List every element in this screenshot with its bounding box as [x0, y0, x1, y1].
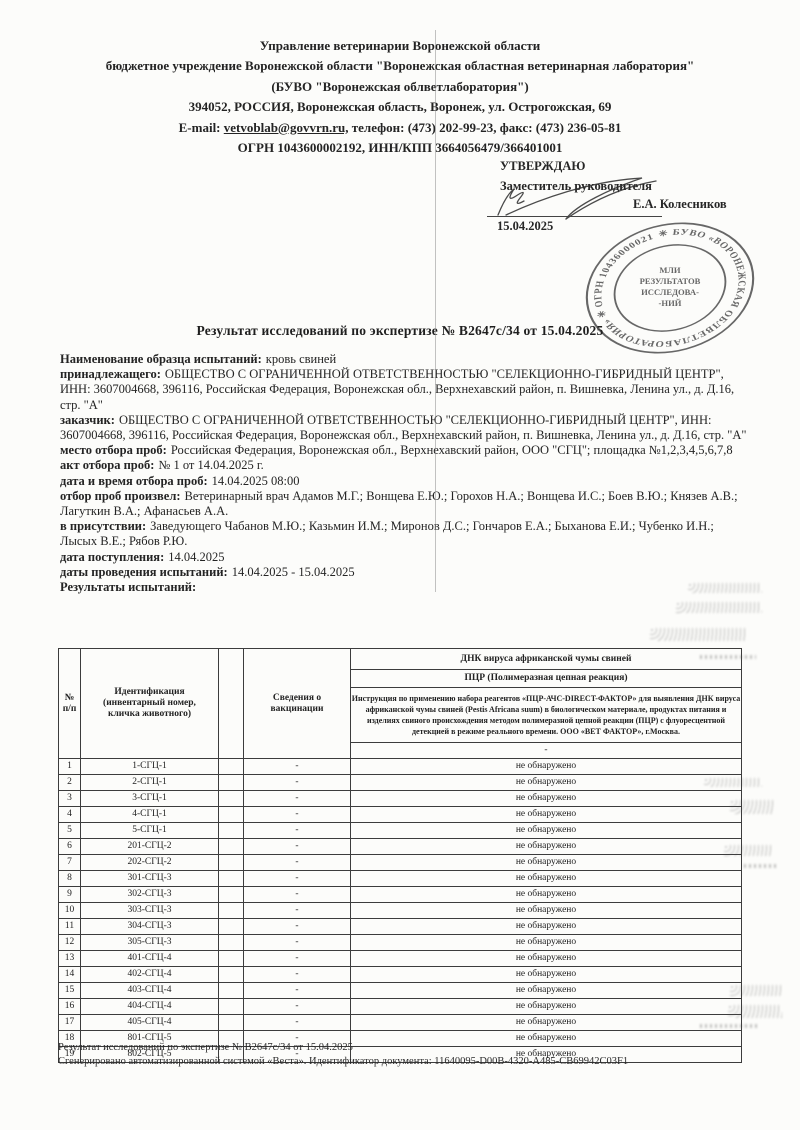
row-gap-cell — [219, 999, 244, 1015]
row-vaccination: - — [244, 1015, 351, 1031]
row-sample-id: 304-СГЦ-3 — [81, 919, 219, 935]
stamp-ring-text: ✳ БУВО «ВОРОНЕЖСКАЯ ОБЛВЕТЛАБОРАТОРИЯ» ✳… — [579, 211, 762, 365]
field-label: в присутствии: — [60, 519, 146, 533]
row-gap-cell — [219, 759, 244, 775]
row-result: не обнаружено — [351, 967, 742, 983]
row-result: не обнаружено — [351, 871, 742, 887]
result-header-method: Инструкция по применению набора реагенто… — [351, 688, 742, 743]
round-stamp: ✳ БУВО «ВОРОНЕЖСКАЯ ОБЛВЕТЛАБОРАТОРИЯ» ✳… — [548, 210, 792, 368]
row-result: не обнаружено — [351, 807, 742, 823]
org-line-institution: бюджетное учреждение Воронежской области… — [40, 56, 760, 76]
table-row: 11 304-СГЦ-3 - не обнаружено — [59, 919, 742, 935]
row-vaccination: - — [244, 951, 351, 967]
field-line: место отбора проб:Российская Федерация, … — [60, 443, 752, 458]
footer-expertise-line: Результат исследований по экспертизе № В… — [58, 1041, 758, 1055]
row-vaccination: - — [244, 967, 351, 983]
row-sample-id: 403-СГЦ-4 — [81, 983, 219, 999]
row-sample-id: 305-СГЦ-3 — [81, 935, 219, 951]
table-row: 16 404-СГЦ-4 - не обнаружено — [59, 999, 742, 1015]
table-row: 14 402-СГЦ-4 - не обнаружено — [59, 967, 742, 983]
row-number: 2 — [59, 775, 81, 791]
approval-date: 15.04.2025 — [497, 219, 553, 234]
table-row: 4 4-СГЦ-1 - не обнаружено — [59, 807, 742, 823]
col-header-identification: Идентификация (инвентарный номер, кличка… — [81, 649, 219, 759]
row-sample-id: 302-СГЦ-3 — [81, 887, 219, 903]
table-row: 2 2-СГЦ-1 - не обнаружено — [59, 775, 742, 791]
row-number: 5 — [59, 823, 81, 839]
table-row: 3 3-СГЦ-1 - не обнаружено — [59, 791, 742, 807]
org-line-ogrn-inn: ОГРН 1043600002192, ИНН/КПП 3664056479/3… — [40, 138, 760, 158]
scan-artifact — [650, 628, 746, 641]
col-header-number: № п/п — [59, 649, 81, 759]
row-vaccination: - — [244, 823, 351, 839]
field-line: отбор проб произвел:Ветеринарный врач Ад… — [60, 489, 752, 519]
field-line: в присутствии:Заведующего Чабанов М.Ю.; … — [60, 519, 752, 549]
field-line: заказчик:ОБЩЕСТВО С ОГРАНИЧЕННОЙ ОТВЕТСТ… — [60, 413, 752, 443]
row-sample-id: 202-СГЦ-2 — [81, 855, 219, 871]
row-gap-cell — [219, 935, 244, 951]
row-vaccination: - — [244, 759, 351, 775]
org-line-address: 394052, РОССИЯ, Воронежская область, Вор… — [40, 97, 760, 117]
row-sample-id: 4-СГЦ-1 — [81, 807, 219, 823]
table-row: 7 202-СГЦ-2 - не обнаружено — [59, 855, 742, 871]
row-sample-id: 1-СГЦ-1 — [81, 759, 219, 775]
row-result: не обнаружено — [351, 999, 742, 1015]
row-vaccination: - — [244, 983, 351, 999]
field-line: Результаты испытаний: — [60, 580, 752, 595]
row-number: 6 — [59, 839, 81, 855]
row-result: не обнаружено — [351, 935, 742, 951]
row-number: 15 — [59, 983, 81, 999]
row-sample-id: 405-СГЦ-4 — [81, 1015, 219, 1031]
stamp-center-line4: -НИЙ — [659, 298, 682, 308]
row-result: не обнаружено — [351, 887, 742, 903]
signature-line — [487, 216, 662, 217]
org-header: Управление ветеринарии Воронежской облас… — [40, 36, 760, 158]
row-result: не обнаружено — [351, 903, 742, 919]
field-label: место отбора проб: — [60, 443, 167, 457]
row-vaccination: - — [244, 791, 351, 807]
field-value: ОБЩЕСТВО С ОГРАНИЧЕННОЙ ОТВЕТСТВЕННОСТЬЮ… — [60, 413, 746, 442]
row-vaccination: - — [244, 903, 351, 919]
row-vaccination: - — [244, 935, 351, 951]
field-label: Наименование образца испытаний: — [60, 352, 262, 366]
row-gap-cell — [219, 791, 244, 807]
row-number: 16 — [59, 999, 81, 1015]
scan-artifact — [744, 864, 776, 868]
col-header-number-sign: № — [65, 693, 75, 703]
result-header-pcr: ПЦР (Полимеразная цепная реакция) — [351, 670, 742, 688]
scanned-document-page: Управление ветеринарии Воронежской облас… — [0, 0, 800, 1130]
row-number: 10 — [59, 903, 81, 919]
org-line-department: Управление ветеринарии Воронежской облас… — [40, 36, 760, 56]
row-result: не обнаружено — [351, 855, 742, 871]
row-result: не обнаружено — [351, 759, 742, 775]
table-row: 15 403-СГЦ-4 - не обнаружено — [59, 983, 742, 999]
row-gap-cell — [219, 871, 244, 887]
field-value: 14.04.2025 - 15.04.2025 — [232, 565, 355, 579]
row-result: не обнаружено — [351, 839, 742, 855]
row-gap-cell — [219, 807, 244, 823]
row-result: не обнаружено — [351, 919, 742, 935]
row-gap-cell — [219, 983, 244, 999]
stamp-center-line2: РЕЗУЛЬТАТОВ — [640, 276, 701, 286]
row-vaccination: - — [244, 999, 351, 1015]
field-line: дата поступления:14.04.2025 — [60, 550, 752, 565]
results-table: № п/п Идентификация (инвентарный номер, … — [58, 648, 742, 1063]
row-number: 11 — [59, 919, 81, 935]
result-header-dash: - — [351, 743, 742, 759]
row-sample-id: 402-СГЦ-4 — [81, 967, 219, 983]
row-vaccination: - — [244, 775, 351, 791]
row-gap-cell — [219, 855, 244, 871]
row-result: не обнаружено — [351, 775, 742, 791]
row-vaccination: - — [244, 919, 351, 935]
field-label: Результаты испытаний: — [60, 580, 196, 594]
row-number: 14 — [59, 967, 81, 983]
table-row: 17 405-СГЦ-4 - не обнаружено — [59, 1015, 742, 1031]
field-line: даты проведения испытаний:14.04.2025 - 1… — [60, 565, 752, 580]
scan-artifact — [704, 778, 762, 787]
row-gap-cell — [219, 903, 244, 919]
row-number: 1 — [59, 759, 81, 775]
approver-position: Заместитель руководителя — [500, 176, 652, 196]
row-vaccination: - — [244, 807, 351, 823]
row-gap-cell — [219, 919, 244, 935]
email-value: vetvoblab@govvrn.ru, — [224, 120, 349, 135]
approver-name: Е.А. Колесников — [633, 197, 727, 212]
table-row: 9 302-СГЦ-3 - не обнаружено — [59, 887, 742, 903]
col-header-vaccination: Сведения о вакцинации — [244, 649, 351, 759]
field-value: 14.04.2025 08:00 — [212, 474, 300, 488]
row-result: не обнаружено — [351, 951, 742, 967]
row-vaccination: - — [244, 855, 351, 871]
field-label: даты проведения испытаний: — [60, 565, 228, 579]
row-number: 17 — [59, 1015, 81, 1031]
row-gap-cell — [219, 839, 244, 855]
footer-generated-line: Сгенерировано автоматизированной системо… — [58, 1055, 758, 1069]
field-label: принадлежащего: — [60, 367, 161, 381]
approval-block: УТВЕРЖДАЮ Заместитель руководителя — [500, 156, 652, 196]
table-row: 13 401-СГЦ-4 - не обнаружено — [59, 951, 742, 967]
row-gap-cell — [219, 887, 244, 903]
document-footer: Результат исследований по экспертизе № В… — [58, 1041, 758, 1069]
table-row: 5 5-СГЦ-1 - не обнаружено — [59, 823, 742, 839]
field-label: дата поступления: — [60, 550, 164, 564]
field-value: ОБЩЕСТВО С ОГРАНИЧЕННОЙ ОТВЕТСТВЕННОСТЬЮ… — [60, 367, 734, 411]
document-title: Результат исследований по экспертизе № В… — [0, 323, 800, 339]
field-label: акт отбора проб: — [60, 458, 154, 472]
row-vaccination: - — [244, 839, 351, 855]
field-label: отбор проб произвел: — [60, 489, 181, 503]
field-line: принадлежащего:ОБЩЕСТВО С ОГРАНИЧЕННОЙ О… — [60, 367, 752, 413]
row-sample-id: 301-СГЦ-3 — [81, 871, 219, 887]
row-number: 13 — [59, 951, 81, 967]
row-sample-id: 404-СГЦ-4 — [81, 999, 219, 1015]
scan-artifact — [700, 1024, 758, 1028]
email-label: E-mail: — [179, 120, 221, 135]
row-result: не обнаружено — [351, 823, 742, 839]
scan-artifact — [688, 583, 762, 593]
row-gap-cell — [219, 775, 244, 791]
col-header-gap — [219, 649, 244, 759]
row-sample-id: 201-СГЦ-2 — [81, 839, 219, 855]
field-line: акт отбора проб:№ 1 от 14.04.2025 г. — [60, 458, 752, 473]
field-line: Наименование образца испытаний:кровь сви… — [60, 352, 752, 367]
result-header-dna: ДНК вируса африканской чумы свиней — [351, 649, 742, 670]
scan-artifact — [728, 1005, 782, 1018]
scan-artifact — [724, 845, 772, 856]
org-line-abbrev: (БУВО "Воронежская облветлаборатория") — [40, 77, 760, 97]
approve-word: УТВЕРЖДАЮ — [500, 156, 652, 176]
table-row: 10 303-СГЦ-3 - не обнаружено — [59, 903, 742, 919]
row-number: 4 — [59, 807, 81, 823]
row-gap-cell — [219, 1015, 244, 1031]
row-gap-cell — [219, 967, 244, 983]
row-number: 8 — [59, 871, 81, 887]
row-vaccination: - — [244, 887, 351, 903]
row-result: не обнаружено — [351, 1015, 742, 1031]
table-row: 1 1-СГЦ-1 - не обнаружено — [59, 759, 742, 775]
row-number: 7 — [59, 855, 81, 871]
field-line: дата и время отбора проб:14.04.2025 08:0… — [60, 474, 752, 489]
row-gap-cell — [219, 951, 244, 967]
field-label: заказчик: — [60, 413, 115, 427]
field-value: Российская Федерация, Воронежская обл., … — [171, 443, 733, 457]
scan-artifact — [730, 800, 774, 814]
row-sample-id: 401-СГЦ-4 — [81, 951, 219, 967]
field-value: № 1 от 14.04.2025 г. — [158, 458, 263, 472]
document-fields: Наименование образца испытаний:кровь сви… — [60, 352, 752, 595]
svg-text:✳ БУВО «ВОРОНЕЖСКАЯ ОБЛВЕТЛАБО: ✳ БУВО «ВОРОНЕЖСКАЯ ОБЛВЕТЛАБОРАТОРИЯ» ✳… — [579, 211, 762, 365]
row-sample-id: 303-СГЦ-3 — [81, 903, 219, 919]
stamp-center-line1: МЛИ — [659, 265, 681, 275]
row-gap-cell — [219, 823, 244, 839]
row-number: 12 — [59, 935, 81, 951]
table-row: 8 301-СГЦ-3 - не обнаружено — [59, 871, 742, 887]
row-result: не обнаружено — [351, 791, 742, 807]
results-table-body: 1 1-СГЦ-1 - не обнаружено 2 2-СГЦ-1 - не… — [59, 759, 742, 1063]
row-number: 3 — [59, 791, 81, 807]
table-row: 6 201-СГЦ-2 - не обнаружено — [59, 839, 742, 855]
field-value: 14.04.2025 — [168, 550, 224, 564]
table-row: 12 305-СГЦ-3 - не обнаружено — [59, 935, 742, 951]
field-value: Заведующего Чабанов М.Ю.; Казьмин И.М.; … — [60, 519, 714, 548]
phone-fax: телефон: (473) 202-99-23, факс: (473) 23… — [352, 120, 622, 135]
org-line-contacts: E-mail: vetvoblab@govvrn.ru, телефон: (4… — [40, 118, 760, 138]
field-value: кровь свиней — [266, 352, 336, 366]
col-header-number-abbr: п/п — [63, 704, 77, 714]
row-sample-id: 3-СГЦ-1 — [81, 791, 219, 807]
row-sample-id: 5-СГЦ-1 — [81, 823, 219, 839]
row-number: 9 — [59, 887, 81, 903]
row-sample-id: 2-СГЦ-1 — [81, 775, 219, 791]
scan-artifact — [730, 985, 782, 996]
stamp-center-line3: ИССЛЕДОВА- — [641, 287, 699, 297]
fold-line — [435, 30, 436, 592]
row-vaccination: - — [244, 871, 351, 887]
scan-artifact — [700, 655, 756, 659]
field-label: дата и время отбора проб: — [60, 474, 208, 488]
row-result: не обнаружено — [351, 983, 742, 999]
scan-artifact — [676, 602, 762, 613]
